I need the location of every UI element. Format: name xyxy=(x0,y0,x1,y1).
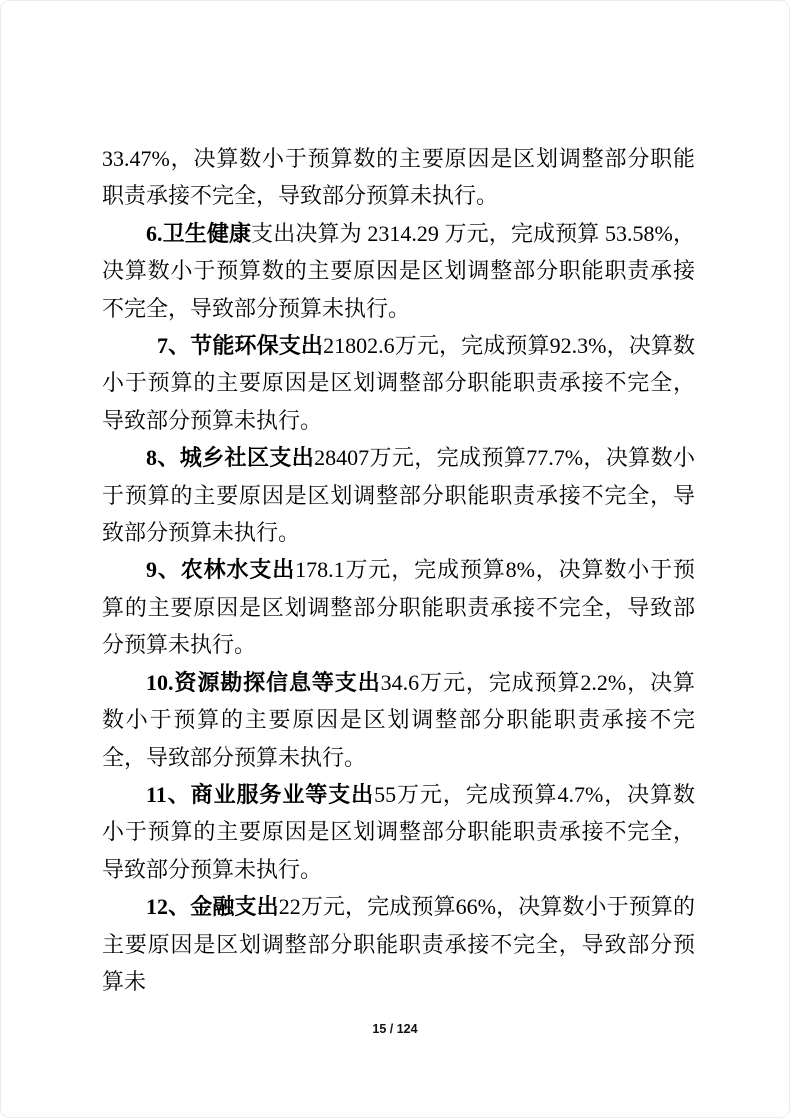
paragraph-lead: 6.卫生健康 xyxy=(146,221,251,246)
paragraph-item-10: 10.资源勘探信息等支出34.6万元，完成预算2.2%，决算数小于预算的主要原因… xyxy=(102,664,695,776)
page-number-indicator: 15 / 124 xyxy=(1,1022,789,1036)
paragraph-lead: 10.资源勘探信息等支出 xyxy=(146,670,381,695)
paragraph-lead: 11、商业服务业等支出 xyxy=(146,782,374,807)
paragraph-lead: 8、城乡社区支出 xyxy=(146,445,314,470)
document-page: 33.47%，决算数小于预算数的主要原因是区划调整部分职能职责承接不完全，导致部… xyxy=(0,0,790,1118)
paragraph-item-8: 8、城乡社区支出28407万元，完成预算77.7%，决算数小于预算的主要原因是区… xyxy=(102,439,695,551)
paragraph-item-12: 12、金融支出22万元，完成预算66%，决算数小于预算的主要原因是区划调整部分职… xyxy=(102,888,695,1000)
paragraph-item-6: 6.卫生健康支出决算为 2314.29 万元，完成预算 53.58%，决算数小于… xyxy=(102,215,695,327)
paragraph-continuation: 33.47%，决算数小于预算数的主要原因是区划调整部分职能职责承接不完全，导致部… xyxy=(102,140,695,215)
document-body: 33.47%，决算数小于预算数的主要原因是区划调整部分职能职责承接不完全，导致部… xyxy=(102,140,695,1000)
paragraph-lead: 7、节能环保支出 xyxy=(157,333,323,358)
paragraph-lead: 9、农林水支出 xyxy=(146,557,295,582)
paragraph-item-11: 11、商业服务业等支出55万元，完成预算4.7%，决算数小于预算的主要原因是区划… xyxy=(102,776,695,888)
paragraph-item-7: 7、节能环保支出21802.6万元，完成预算92.3%，决算数小于预算的主要原因… xyxy=(102,327,695,439)
paragraph-text: 33.47%，决算数小于预算数的主要原因是区划调整部分职能职责承接不完全，导致部… xyxy=(102,146,695,208)
paragraph-item-9: 9、农林水支出178.1万元，完成预算8%，决算数小于预算的主要原因是区划调整部… xyxy=(102,551,695,663)
paragraph-lead: 12、金融支出 xyxy=(146,894,279,919)
